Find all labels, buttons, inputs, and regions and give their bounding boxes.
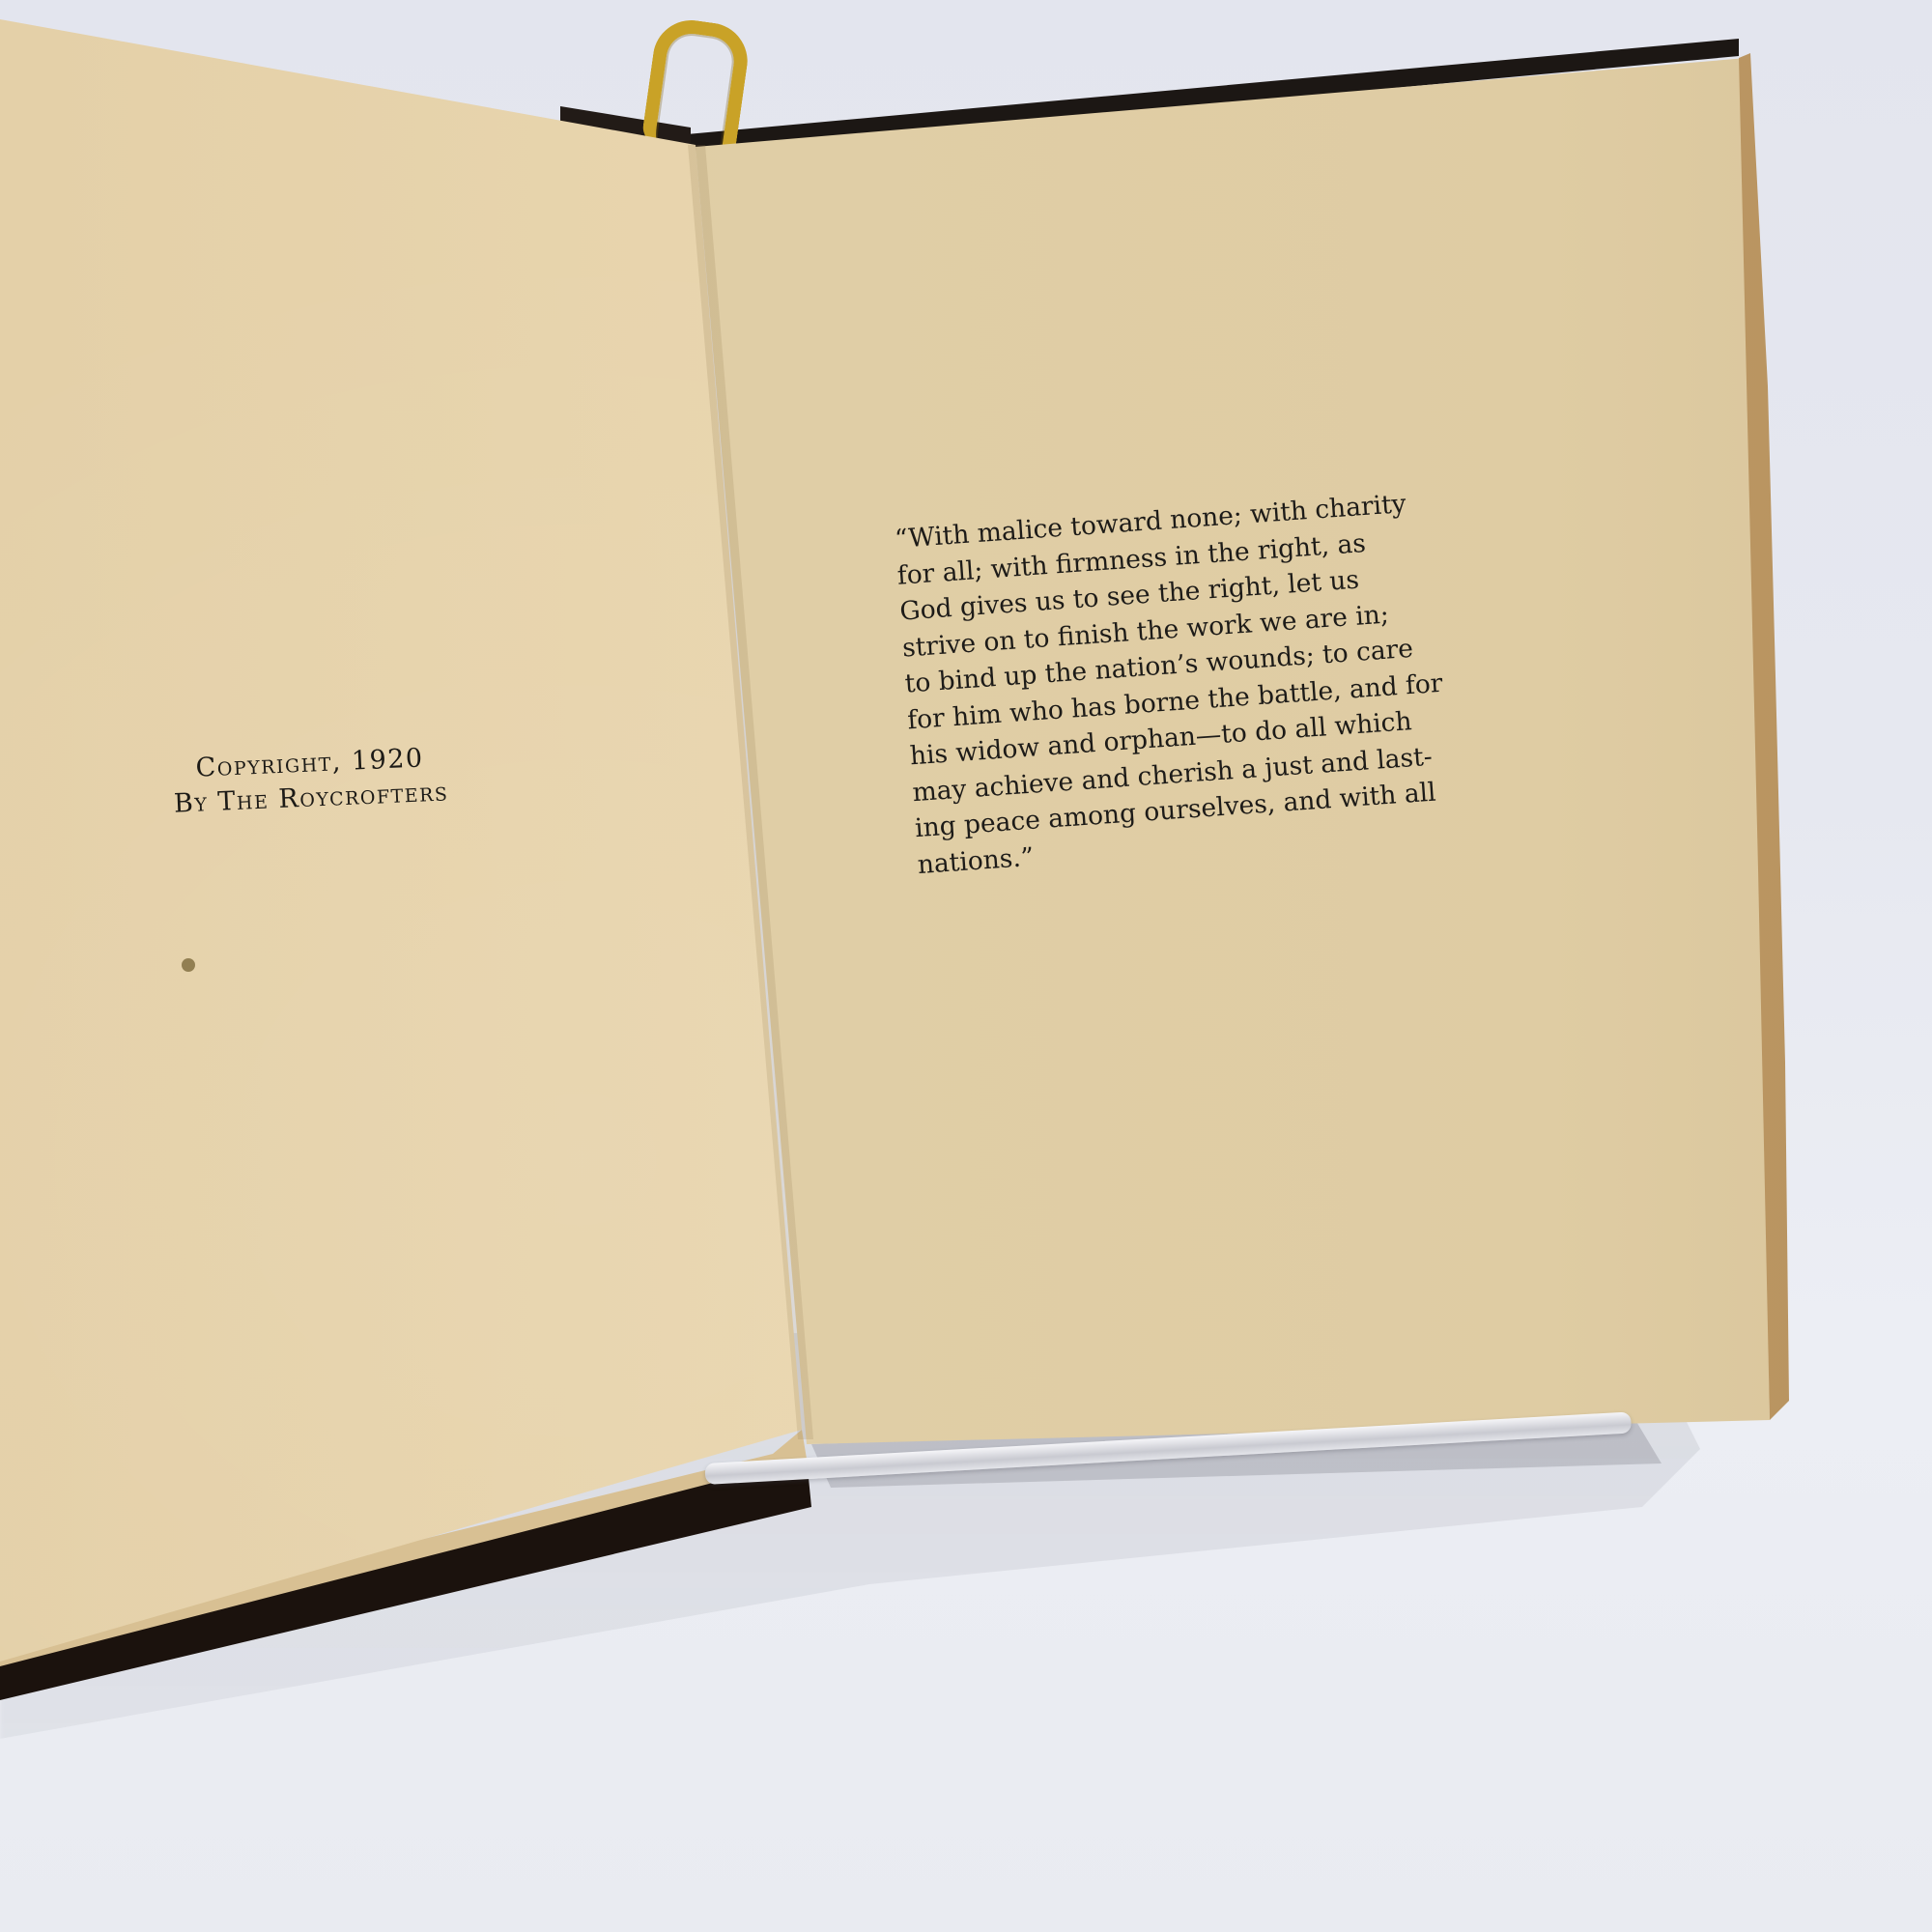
lincoln-quote: “With malice toward none; with charity f… <box>894 482 1488 883</box>
ribbon-bookmark-icon <box>640 15 753 156</box>
foxing-spot <box>182 958 195 972</box>
copyright-notice: Copyright, 1920 By The Roycrofters <box>145 739 476 823</box>
